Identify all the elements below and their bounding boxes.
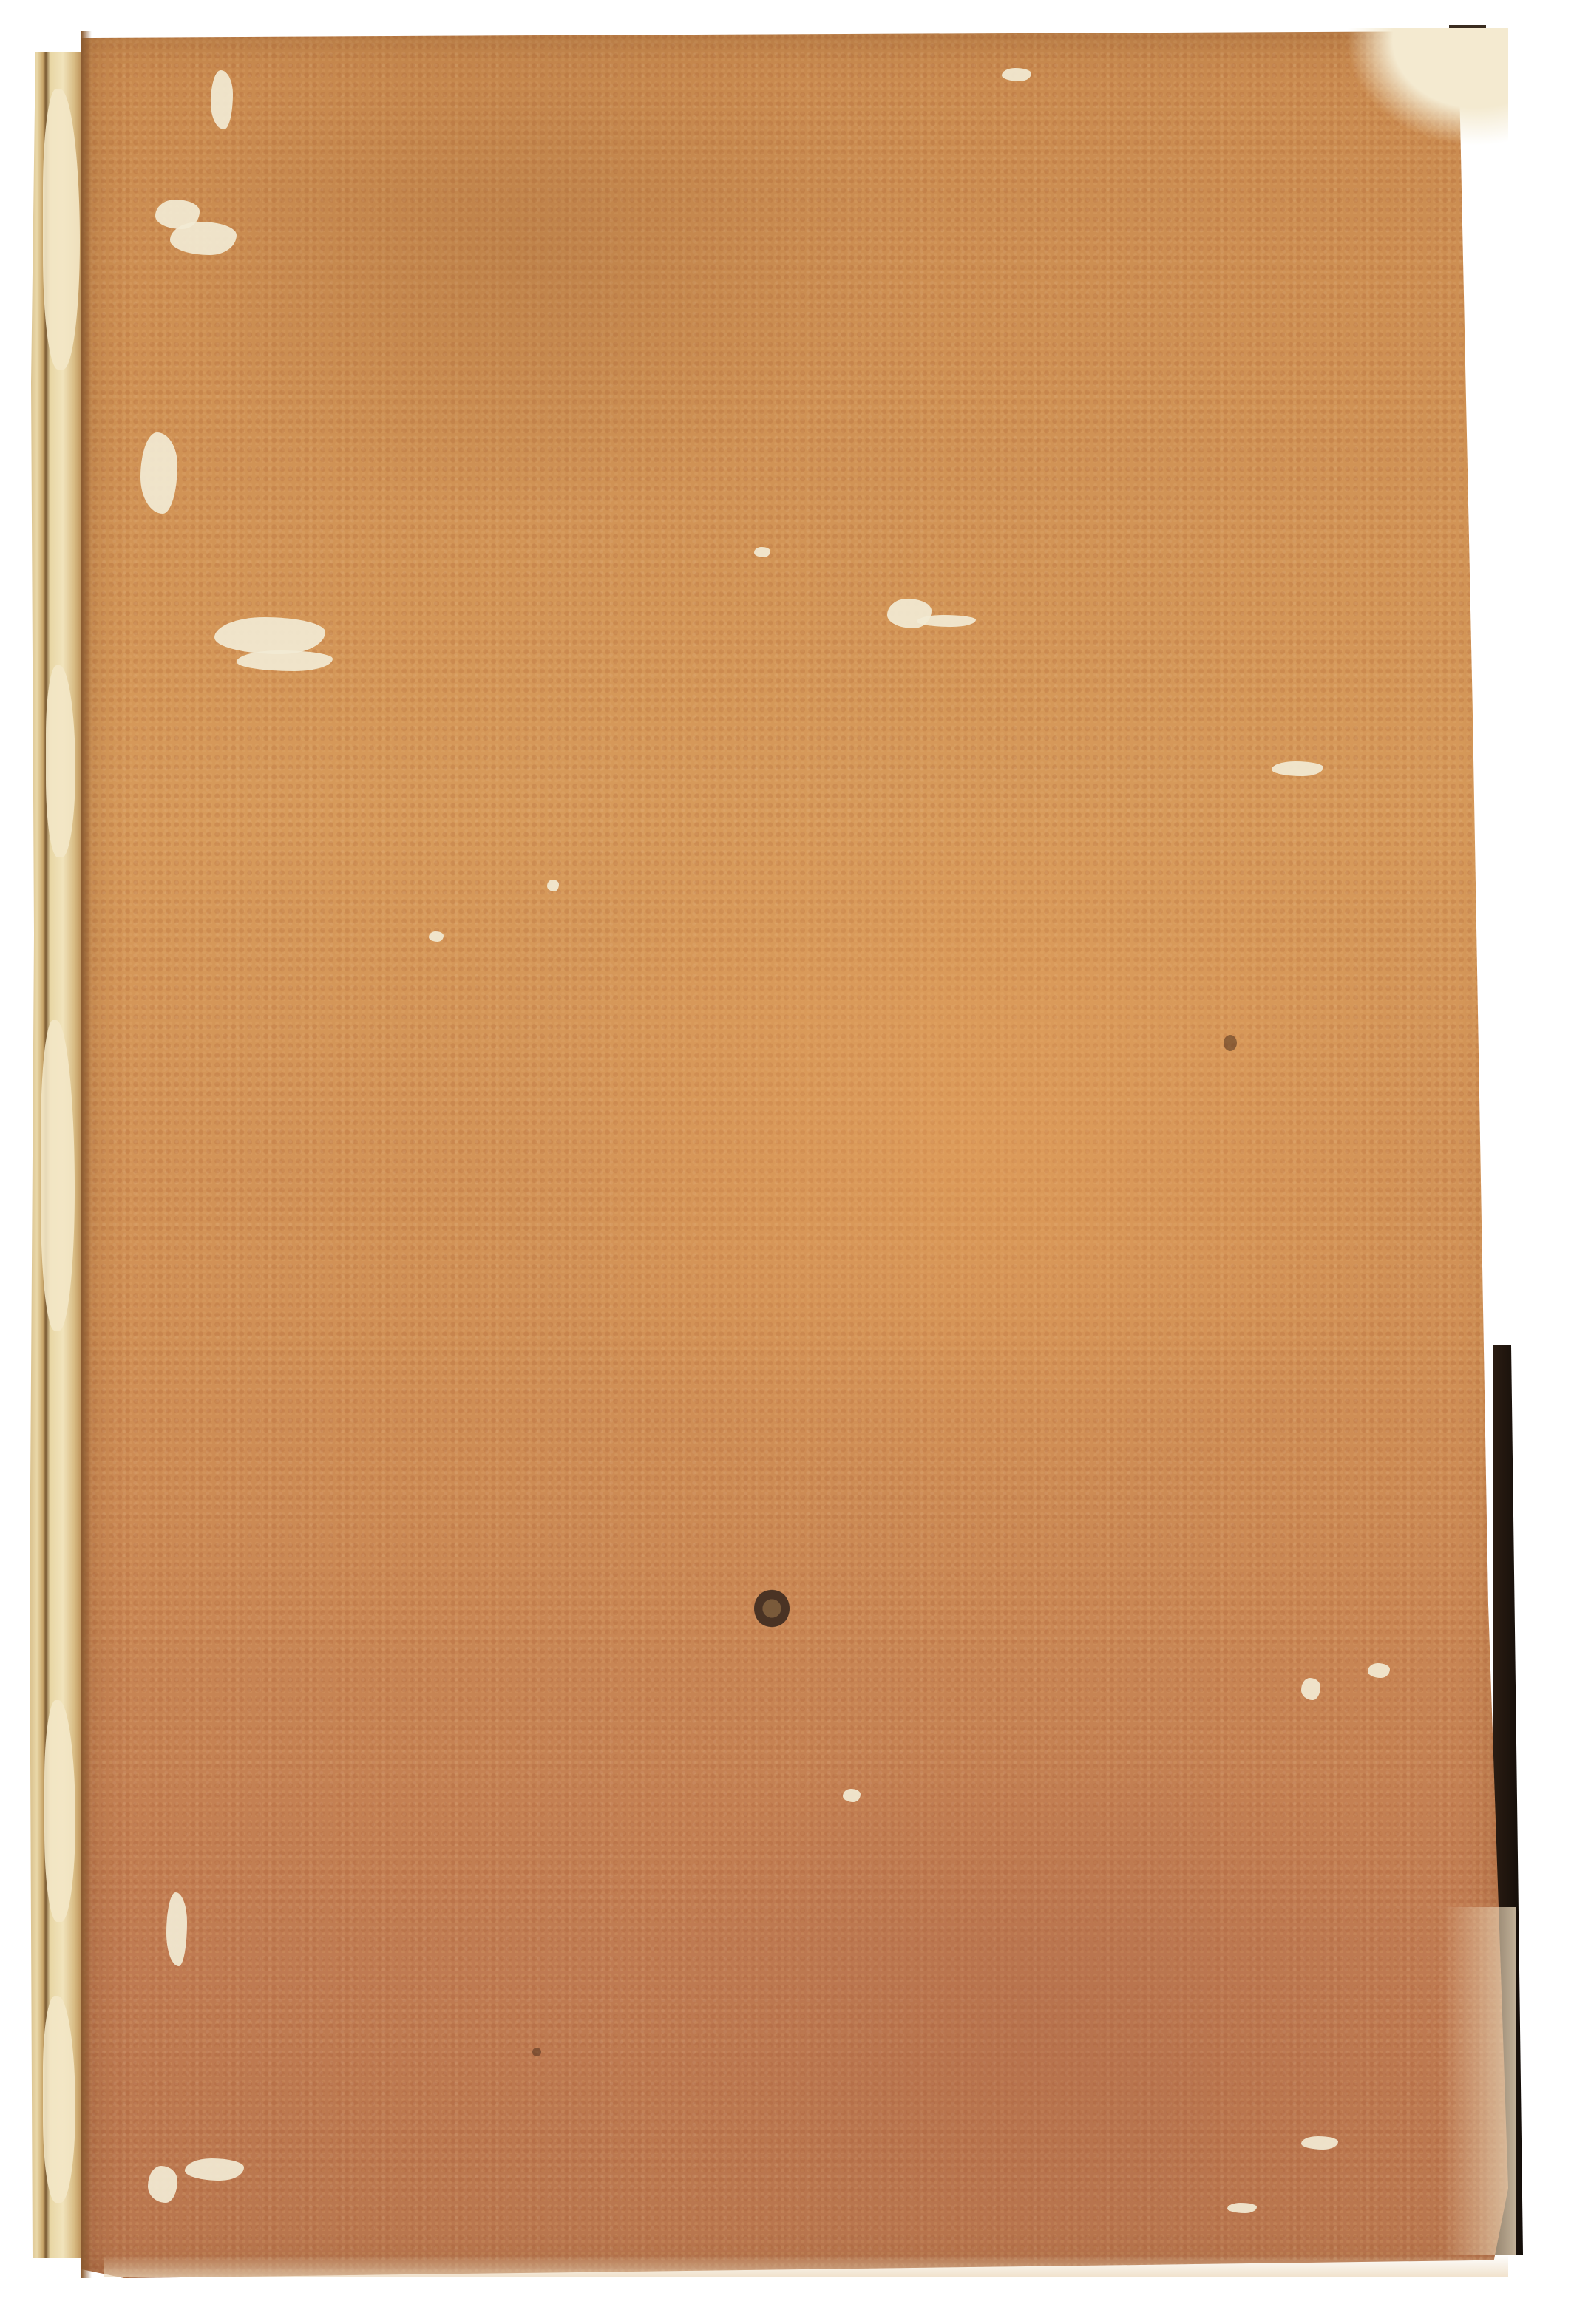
wear-flake (1301, 1678, 1320, 1700)
worn-edge-bottom (104, 2255, 1508, 2277)
book-photo (0, 0, 1591, 2324)
wear-flake (140, 432, 177, 514)
wear-flake (754, 547, 770, 557)
wear-flake (1002, 68, 1031, 81)
cover-fold-edge (81, 31, 92, 2278)
wear-flake (429, 931, 444, 942)
dark-spot (532, 2048, 541, 2056)
wear-flake (1272, 761, 1323, 776)
wear-flake (917, 615, 976, 627)
wear-flake (211, 70, 233, 129)
worn-edge-bottom-right (1442, 1907, 1516, 2255)
wear-flake (185, 2158, 244, 2181)
wear-flake (214, 617, 325, 654)
wear-flake (1301, 2136, 1338, 2150)
marbled-cover (81, 31, 1508, 2278)
dark-spot (1224, 1035, 1237, 1051)
wear-flake (237, 650, 333, 671)
wear-flake (547, 880, 559, 891)
wear-flake (166, 1892, 187, 1966)
worn-corner-top-right (1346, 28, 1508, 146)
wear-flake (1368, 1663, 1390, 1678)
wear-flake (170, 222, 237, 255)
wear-flake (148, 2166, 177, 2203)
wear-flake (843, 1789, 861, 1802)
dark-stain (754, 1589, 790, 1628)
wear-flake (1227, 2203, 1257, 2213)
